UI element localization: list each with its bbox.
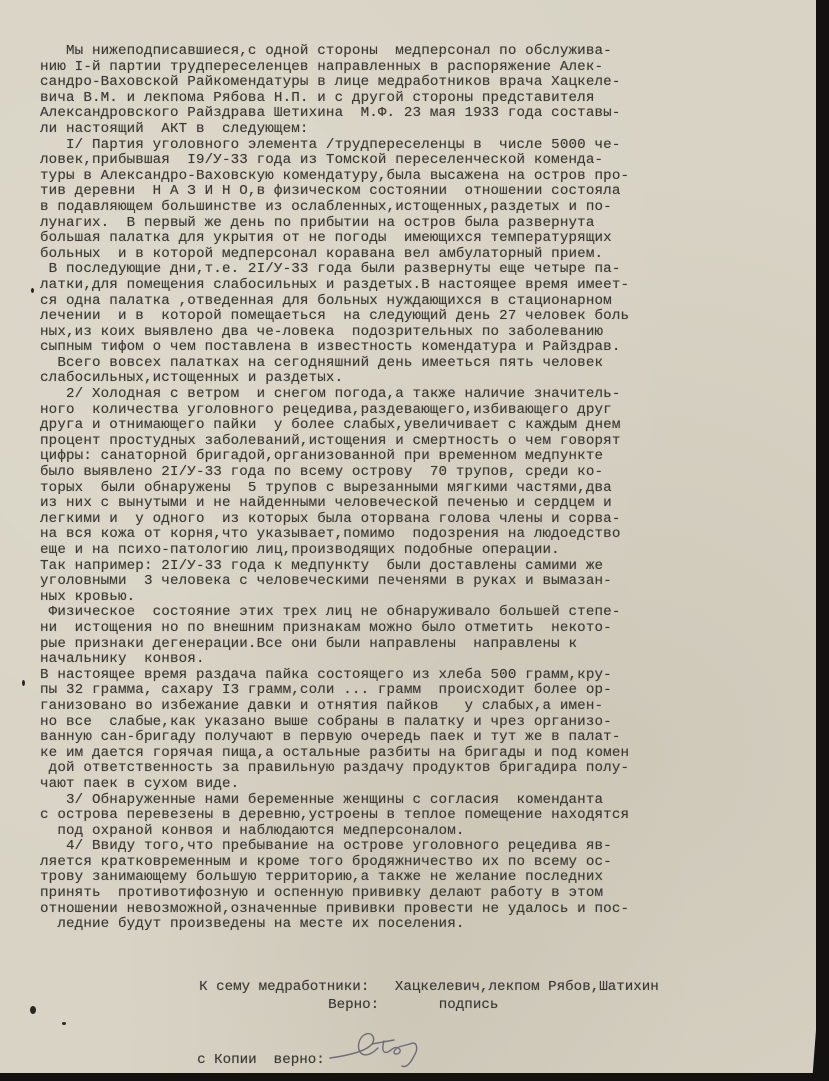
paper-blemish [31,288,34,293]
document-text-line: трову занимающему большую территорию,а т… [40,870,810,886]
document-text-line: тив деревни Н А З И Н О,в физическом сос… [40,184,810,200]
document-text-line: ванную сан-бригаду получают в первую оче… [40,730,810,746]
document-text-line: 4/ Ввиду того,что пребывание на острове … [40,839,810,855]
handwritten-signature-icon [322,1022,442,1072]
document-text-line: но все слабые,как указано выше собраны в… [40,715,810,731]
document-text-line: легкими и у одного из которых была оторв… [40,512,810,528]
paper-blemish [30,1006,36,1014]
signatures-line-3: с Копии верно: [163,1036,325,1081]
document-text-line: большая палатка для укрытия от не погоды… [40,231,810,247]
document-text-line: дой ответственность за правильную раздач… [40,761,810,777]
document-text-line: В настоящее время раздача пайка состояще… [40,668,810,684]
document-text-line: под охраной конвоя и наблюдаются медперс… [40,824,810,840]
document-text-line: ке им дается горячая пища,а остальные ра… [40,746,810,762]
copy-verified-label: с Копии верно: [197,1052,325,1068]
document-text-line: лунагих. В первый же день по прибытии на… [40,216,810,232]
document-text-line: в подавляющем большинстве из ослабленных… [40,200,810,216]
document-text-line: лечении и в которой помещаеться на следу… [40,309,810,325]
document-text-line: 2/ Холодная с ветром и снегом погода,а т… [40,387,810,403]
document-text-line: еще и на психо-патологию лиц,производящи… [40,543,810,559]
document-text-line: ловек,прибывшая I9/У-33 года из Томской … [40,153,810,169]
document-text-line: чают паек в сухом виде. [40,777,810,793]
document-text-line: отношении невозможной,означенные прививк… [40,902,810,918]
document-page: Мы нижеподписавшиеся,с одной стороны мед… [0,0,816,1073]
document-text-line: из них с вынутыми и не найденными челове… [40,496,810,512]
document-text-line: друга и отнимающего пайки у более слабых… [40,418,810,434]
document-text-line: цифры: санаторной бригадой,организованно… [40,449,810,465]
document-text-line: на вся кожа от корня,что указывает,помим… [40,527,810,543]
document-text-line: начальнику конвоя. [40,652,810,668]
document-text-line: рые признаки дегенерации.Все они были на… [40,637,810,653]
document-text-line: Так например: 2I/У-33 года к медпункту б… [40,559,810,575]
document-text-line: В последующие дни,т.е. 2I/У-33 года были… [40,262,810,278]
document-text-line: сандро-Ваховской Райкомендатуры в лице м… [40,75,810,91]
document-text-line: больных и в которой медперсонал коравана… [40,247,810,263]
document-text-line: туры в Александро-Ваховскую комендатуру,… [40,169,810,185]
document-text-line: торых были обнаружены 5 трупов с вырезан… [40,481,810,497]
document-text-line: сыпным тифом о чем поставлена в известно… [40,340,810,356]
paper-blemish [62,1022,66,1025]
document-text-line: I/ Партия уголовного элемента /трудперес… [40,138,810,154]
document-text-line: ных,из коих выявлено два че-ловека подоз… [40,325,810,341]
document-text-line: 3/ Обнаруженные нами беременные женщины … [40,793,810,809]
document-text-line: латки,для помещения слабосильных и разде… [40,278,810,294]
document-text-line: Физическое состояние этих трех лиц не об… [40,605,810,621]
document-text-line: ни истощения но по внешним признакам мож… [40,621,810,637]
document-text-line: Александровского Райздрава Шетихина М.Ф.… [40,106,810,122]
signature-placeholder: подпись [439,997,499,1013]
document-text-line: ледние будут произведены на месте их пос… [40,917,810,933]
document-text-line: ганизовано во избежание давки и отнятия … [40,699,810,715]
document-text-line: ся одна палатка ,отведенная для больных … [40,294,810,310]
document-text-line: ли настоящий АКТ в следующем: [40,122,810,138]
document-text-line: Мы нижеподписавшиеся,с одной стороны мед… [40,44,810,60]
document-text-line: принять противотифозную и оспенную приви… [40,886,810,902]
document-text-line: уголовными 3 человека с человеческими пе… [40,574,810,590]
document-text-line: было выявлено 2I/У-33 года по всему остр… [40,465,810,481]
paper-blemish [22,680,25,686]
document-text-line: слабосильных,истощенных и раздетых. [40,371,810,387]
document-body: Мы нижеподписавшиеся,с одной стороны мед… [40,44,810,933]
document-text-line: пы 32 грамма, сахару I3 грамм,соли ... г… [40,683,810,699]
document-text-line: с острова перевезены в деревню,устроены … [40,808,810,824]
document-text-line: нию I-й партии трудпереселенцев направле… [40,60,810,76]
document-text-line: ного количества уголовного рецедива,разд… [40,403,810,419]
verified-label: Верно: [328,997,379,1013]
